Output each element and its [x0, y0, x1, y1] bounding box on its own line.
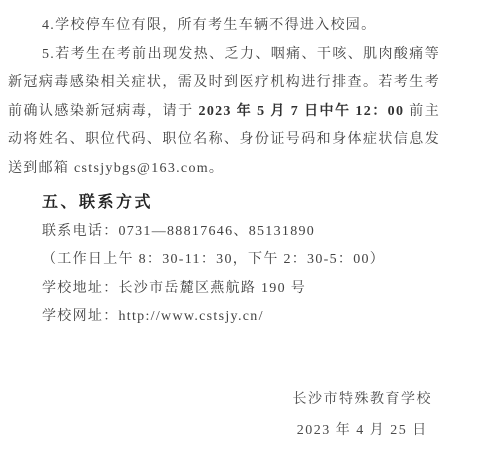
signature-date: 2023 年 4 月 25 日	[293, 415, 433, 446]
paragraph-rule-4: 4.学校停车位有限，所有考生车辆不得进入校园。	[8, 12, 440, 41]
contact-website: 学校网址：http://www.cstsjy.cn/	[8, 303, 440, 332]
paragraph-rule-5: 5.若考生在考前出现发热、乏力、咽痛、干咳、肌肉酸痛等新冠病毒感染相关症状，需及…	[8, 41, 440, 184]
document-content: 4.学校停车位有限，所有考生车辆不得进入校园。 5.若考生在考前出现发热、乏力、…	[0, 0, 496, 446]
contact-hours: （工作日上午 8：30-11：30，下午 2：30-5：00）	[8, 246, 440, 275]
signature-school-name: 长沙市特殊教育学校	[293, 384, 433, 415]
document-page: 4.学校停车位有限，所有考生车辆不得进入校园。 5.若考生在考前出现发热、乏力、…	[0, 0, 496, 456]
section-heading-contact: 五、联系方式	[8, 189, 440, 218]
deadline-emphasis: 2023 年 5 月 7 日中午 12：00	[199, 104, 405, 119]
contact-address: 学校地址：长沙市岳麓区燕航路 190 号	[8, 275, 440, 304]
contact-phone: 联系电话：0731—88817646、85131890	[8, 218, 440, 247]
signature-block: 长沙市特殊教育学校 2023 年 4 月 25 日	[293, 384, 433, 446]
